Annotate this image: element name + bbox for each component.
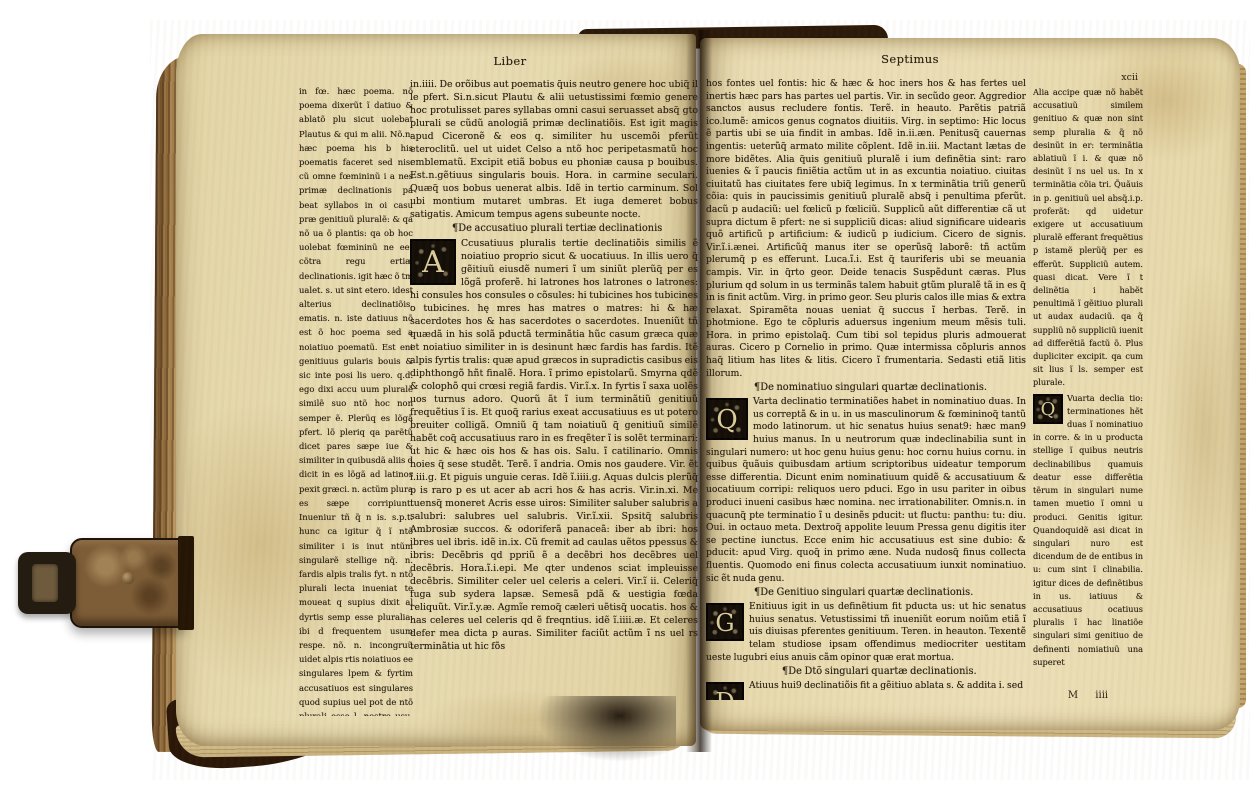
section-text: Enitiuus igit in us definẽtium fit pduct…: [706, 601, 1026, 662]
woodcut-initial-a: A: [410, 239, 456, 285]
running-head-septimus: Septimus: [830, 52, 990, 66]
woodcut-initial-q: Q: [706, 398, 748, 440]
folio-number: xcii: [1078, 72, 1138, 83]
section-heading-dative-singular: ¶De Dtõ singulari quartæ declinationis.: [706, 664, 1026, 680]
section-paragraph: GEnitiuus igit in us definẽtium fit pduc…: [706, 601, 1026, 664]
section-text: Varta declinatio terminatiões habet in n…: [706, 396, 1026, 583]
right-main-column: hos fontes uel fontis: hic & hæc & hoc i…: [706, 78, 1026, 700]
running-head-liber: Liber: [430, 54, 590, 68]
section-text: Atiuus hui9 declinatiõis fit a gẽitiuo a…: [749, 680, 1023, 691]
left-main-column: in.iiii. De orõibus aut poematis q̃uis n…: [410, 78, 698, 722]
clasp-attachment-band: [178, 536, 194, 630]
clasp-metal-hook: [18, 552, 76, 614]
book-clasp: [18, 534, 186, 634]
woodcut-initial-g: G: [706, 603, 744, 641]
margin-note: Alia accipe quæ nõ habẽt accusatiuũ simi…: [1033, 86, 1143, 390]
section-text: Ccusatiuus pluralis tertie declinatiõis …: [410, 238, 698, 652]
left-margin-column: in fœ. hæc poema. nõ poema dixerũt ĩ dat…: [299, 84, 413, 716]
woodcut-initial-d: D: [706, 682, 744, 700]
margin-note: QVuarta declia tio: terminationes hẽt du…: [1033, 392, 1143, 669]
intro-paragraph: in.iiii. De orõibus aut poematis q̃uis n…: [410, 78, 698, 221]
section-paragraph: ACcusatiuus pluralis tertie declinatiõis…: [410, 237, 698, 653]
clasp-rivet: [122, 572, 134, 584]
margin-note-text: Vuarta declia tio: terminationes hẽt dua…: [1033, 393, 1143, 667]
section-heading-nominative-singular: ¶De nominatiuo singulari quartæ declinat…: [706, 380, 1026, 396]
right-margin-column: Alia accipe quæ nõ habẽt accusatiuũ simi…: [1033, 86, 1143, 686]
section-heading-accusative-plural: ¶De accusatiuo plurali tertiæ declinatio…: [410, 221, 698, 237]
woodcut-initial-q-small: Q: [1033, 394, 1063, 424]
signature-mark: M iiii: [1036, 690, 1140, 701]
section-heading-genitive-singular: ¶De Genitiuo singulari quartæ declinatio…: [706, 585, 1026, 601]
book-photo: Liber in fœ. hæc poema. nõ poema dixerũt…: [0, 0, 1253, 800]
section-paragraph: DAtiuus hui9 declinatiõis fit a gẽitiuo …: [706, 680, 1026, 693]
section-paragraph: QVarta declinatio terminatiões habet in …: [706, 396, 1026, 585]
intro-paragraph: hos fontes uel fontis: hic & hæc & hoc i…: [706, 78, 1026, 380]
